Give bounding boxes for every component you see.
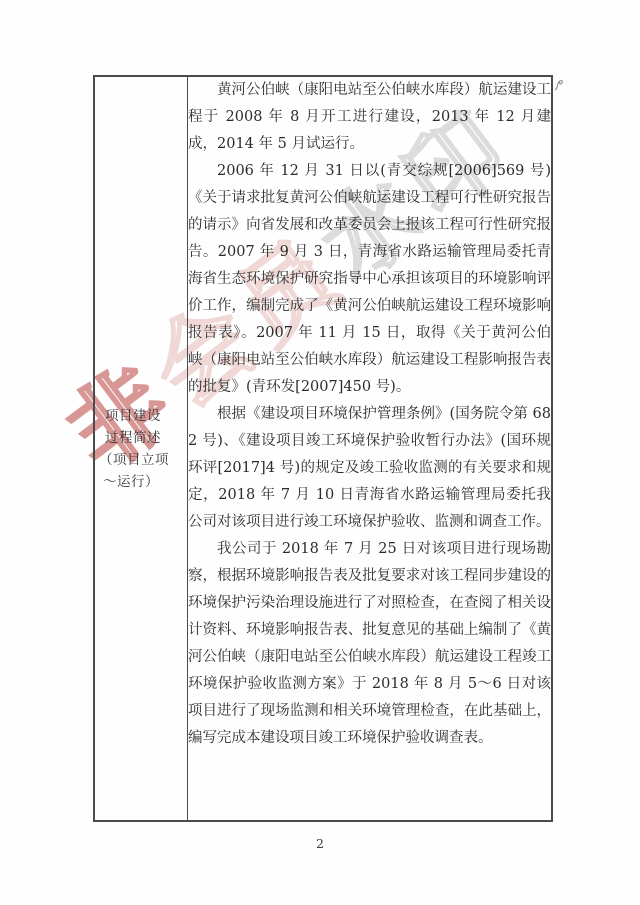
row-label-line-4: ～运行）	[103, 471, 169, 493]
table-row: 项目建设 过程简述 （项目立项 ～运行） 黄河公伯峡（康阳电站至公伯峡水库段）航…	[94, 76, 552, 821]
row-label-line-1: 项目建设	[105, 405, 169, 427]
paragraph-approval-history: 2006 年 12 月 31 日以(青交综规[2006]569 号)《关于请求批…	[188, 158, 551, 401]
paragraph-site-survey-report: 我公司于 2018 年 7 月 25 日对该项目进行现场勘察，根据环境影响报告表…	[188, 536, 551, 752]
paragraph-project-overview: 黄河公伯峡（康阳电站至公伯峡水库段）航运建设工程于 2008 年 8 月开工进行…	[188, 77, 551, 158]
row-label-line-2: 过程简述	[105, 427, 169, 449]
row-label-cell: 项目建设 过程简述 （项目立项 ～运行）	[94, 76, 188, 821]
row-label-line-3: （项目立项	[99, 449, 169, 471]
row-content-cell: 黄河公伯峡（康阳电站至公伯峡水库段）航运建设工程于 2008 年 8 月开工进行…	[188, 76, 553, 821]
row-label: 项目建设 过程简述 （项目立项 ～运行）	[95, 405, 169, 493]
document-page: 非会员水印 项目建设 过程简述 （项目立项 ～运行） 黄河公伯峡（康阳电站至公伯…	[0, 0, 640, 905]
paragraph-acceptance-commission: 根据《建设项目环境保护管理条例》(国务院令第 682 号)、《建设项目竣工环境保…	[188, 401, 551, 536]
project-table: 项目建设 过程简述 （项目立项 ～运行） 黄河公伯峡（康阳电站至公伯峡水库段）航…	[93, 75, 553, 822]
page-number: 2	[0, 836, 640, 851]
stray-pen-mark	[553, 78, 565, 92]
